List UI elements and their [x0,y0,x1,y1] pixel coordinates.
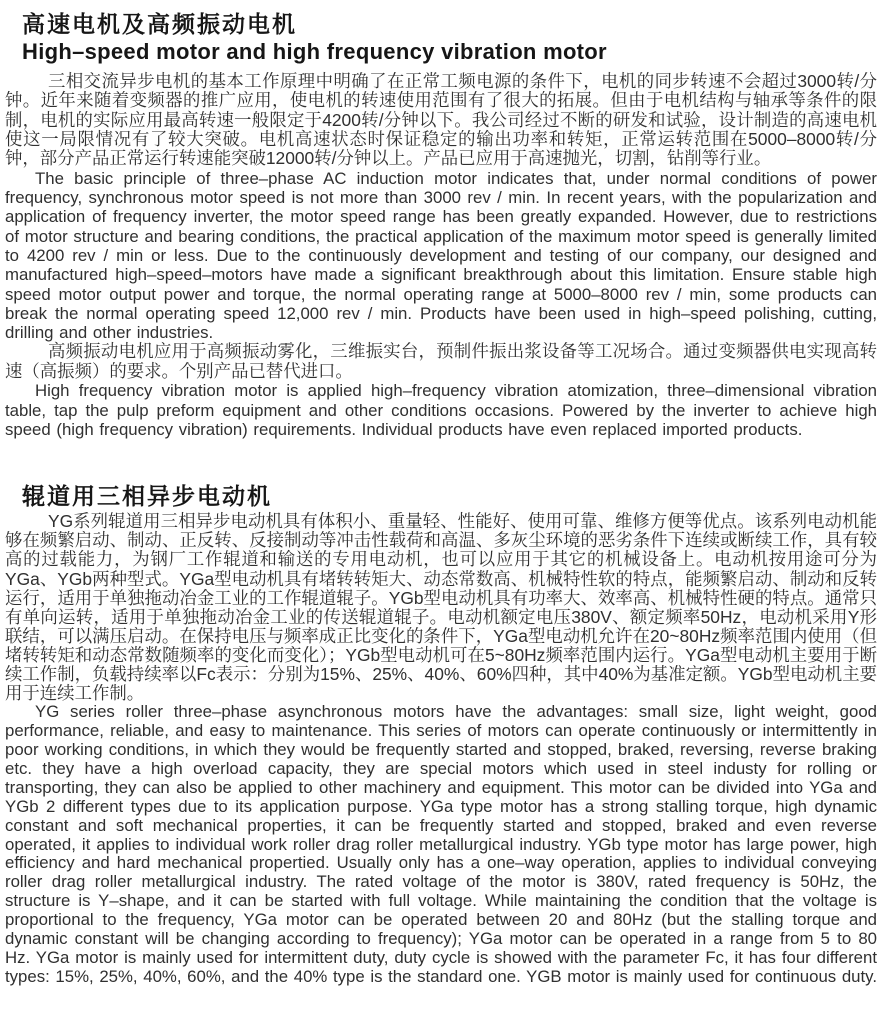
section2-paragraph-en-1: YG series roller three–phase asynchronou… [5,703,877,987]
section2-paragraph-zh-1: YG系列辊道用三相异步电动机具有体积小、重量轻、性能好、使用可靠、维修方便等优点… [5,512,877,703]
section1-title-zh: 高速电机及高频振动电机 [22,11,877,38]
section1-paragraph-en-1: The basic principle of three–phase AC in… [5,169,877,343]
section1-paragraph-zh-1: 三相交流异步电机的基本工作原理中明确了在正常工频电源的条件下，电机的同步转速不会… [5,72,877,169]
section-high-speed-motor: 高速电机及高频振动电机 High–speed motor and high fr… [5,11,877,439]
section1-paragraph-zh-2: 高频振动电机应用于高频振动雾化，三维振实台，预制件振出浆设备等工况场合。通过变频… [5,342,877,381]
section-roller-motor: 辊道用三相异步电动机 YG系列辊道用三相异步电动机具有体积小、重量轻、性能好、使… [5,483,877,987]
section1-paragraph-en-2: High frequency vibration motor is applie… [5,381,877,439]
section2-title-zh: 辊道用三相异步电动机 [22,483,877,510]
document-page: 高速电机及高频振动电机 High–speed motor and high fr… [0,0,893,1029]
section1-title-en: High–speed motor and high frequency vibr… [22,40,877,65]
